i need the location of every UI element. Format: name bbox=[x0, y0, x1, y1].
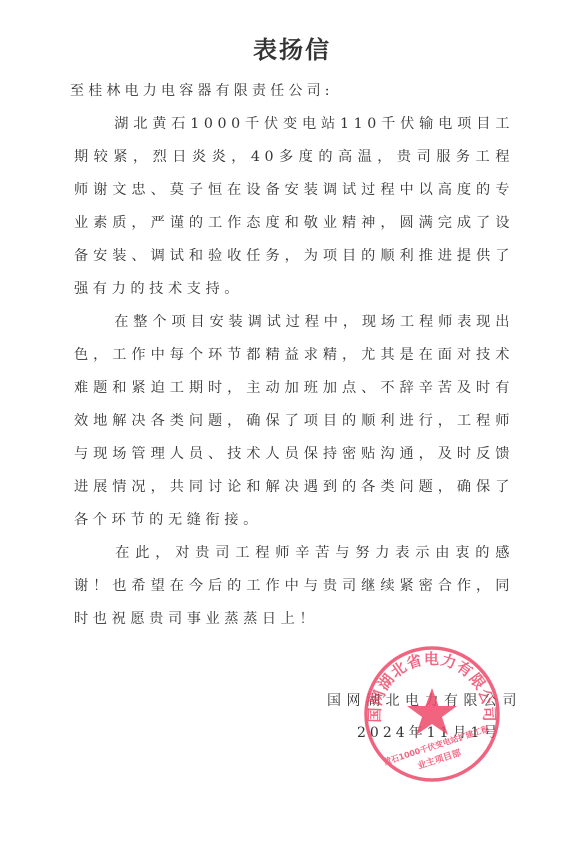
letter-title: 表扬信 bbox=[0, 30, 584, 65]
paragraph-1: 湖北黄石1000千伏变电站110千伏输电项目工期较紧，烈日炎炎，40多度的高温，… bbox=[74, 108, 514, 306]
official-seal-icon: 国网湖北省电力有限公司 黄石1000千伏变电站扩建工程 业主项目部 bbox=[362, 644, 502, 784]
paragraph-2-text: 在整个项目安装调试过程中，现场工程师表现出色，工作中每个环节都精益求精，尤其是在… bbox=[74, 314, 514, 528]
paragraph-3-text: 在此，对贵司工程师辛苦与努力表示由衷的感谢！也希望在今后的工作中与贵司继续紧密合… bbox=[74, 545, 514, 627]
paragraph-3: 在此，对贵司工程师辛苦与努力表示由衷的感谢！也希望在今后的工作中与贵司继续紧密合… bbox=[74, 537, 514, 636]
salutation: 至桂林电力电容器有限责任公司: bbox=[70, 80, 334, 100]
letter-page: 表扬信 至桂林电力电容器有限责任公司: 湖北黄石1000千伏变电站110千伏输电… bbox=[0, 0, 584, 866]
paragraph-1-text: 湖北黄石1000千伏变电站110千伏输电项目工期较紧，烈日炎炎，40多度的高温，… bbox=[74, 116, 514, 297]
paragraph-2: 在整个项目安装调试过程中，现场工程师表现出色，工作中每个环节都精益求精，尤其是在… bbox=[74, 306, 514, 537]
